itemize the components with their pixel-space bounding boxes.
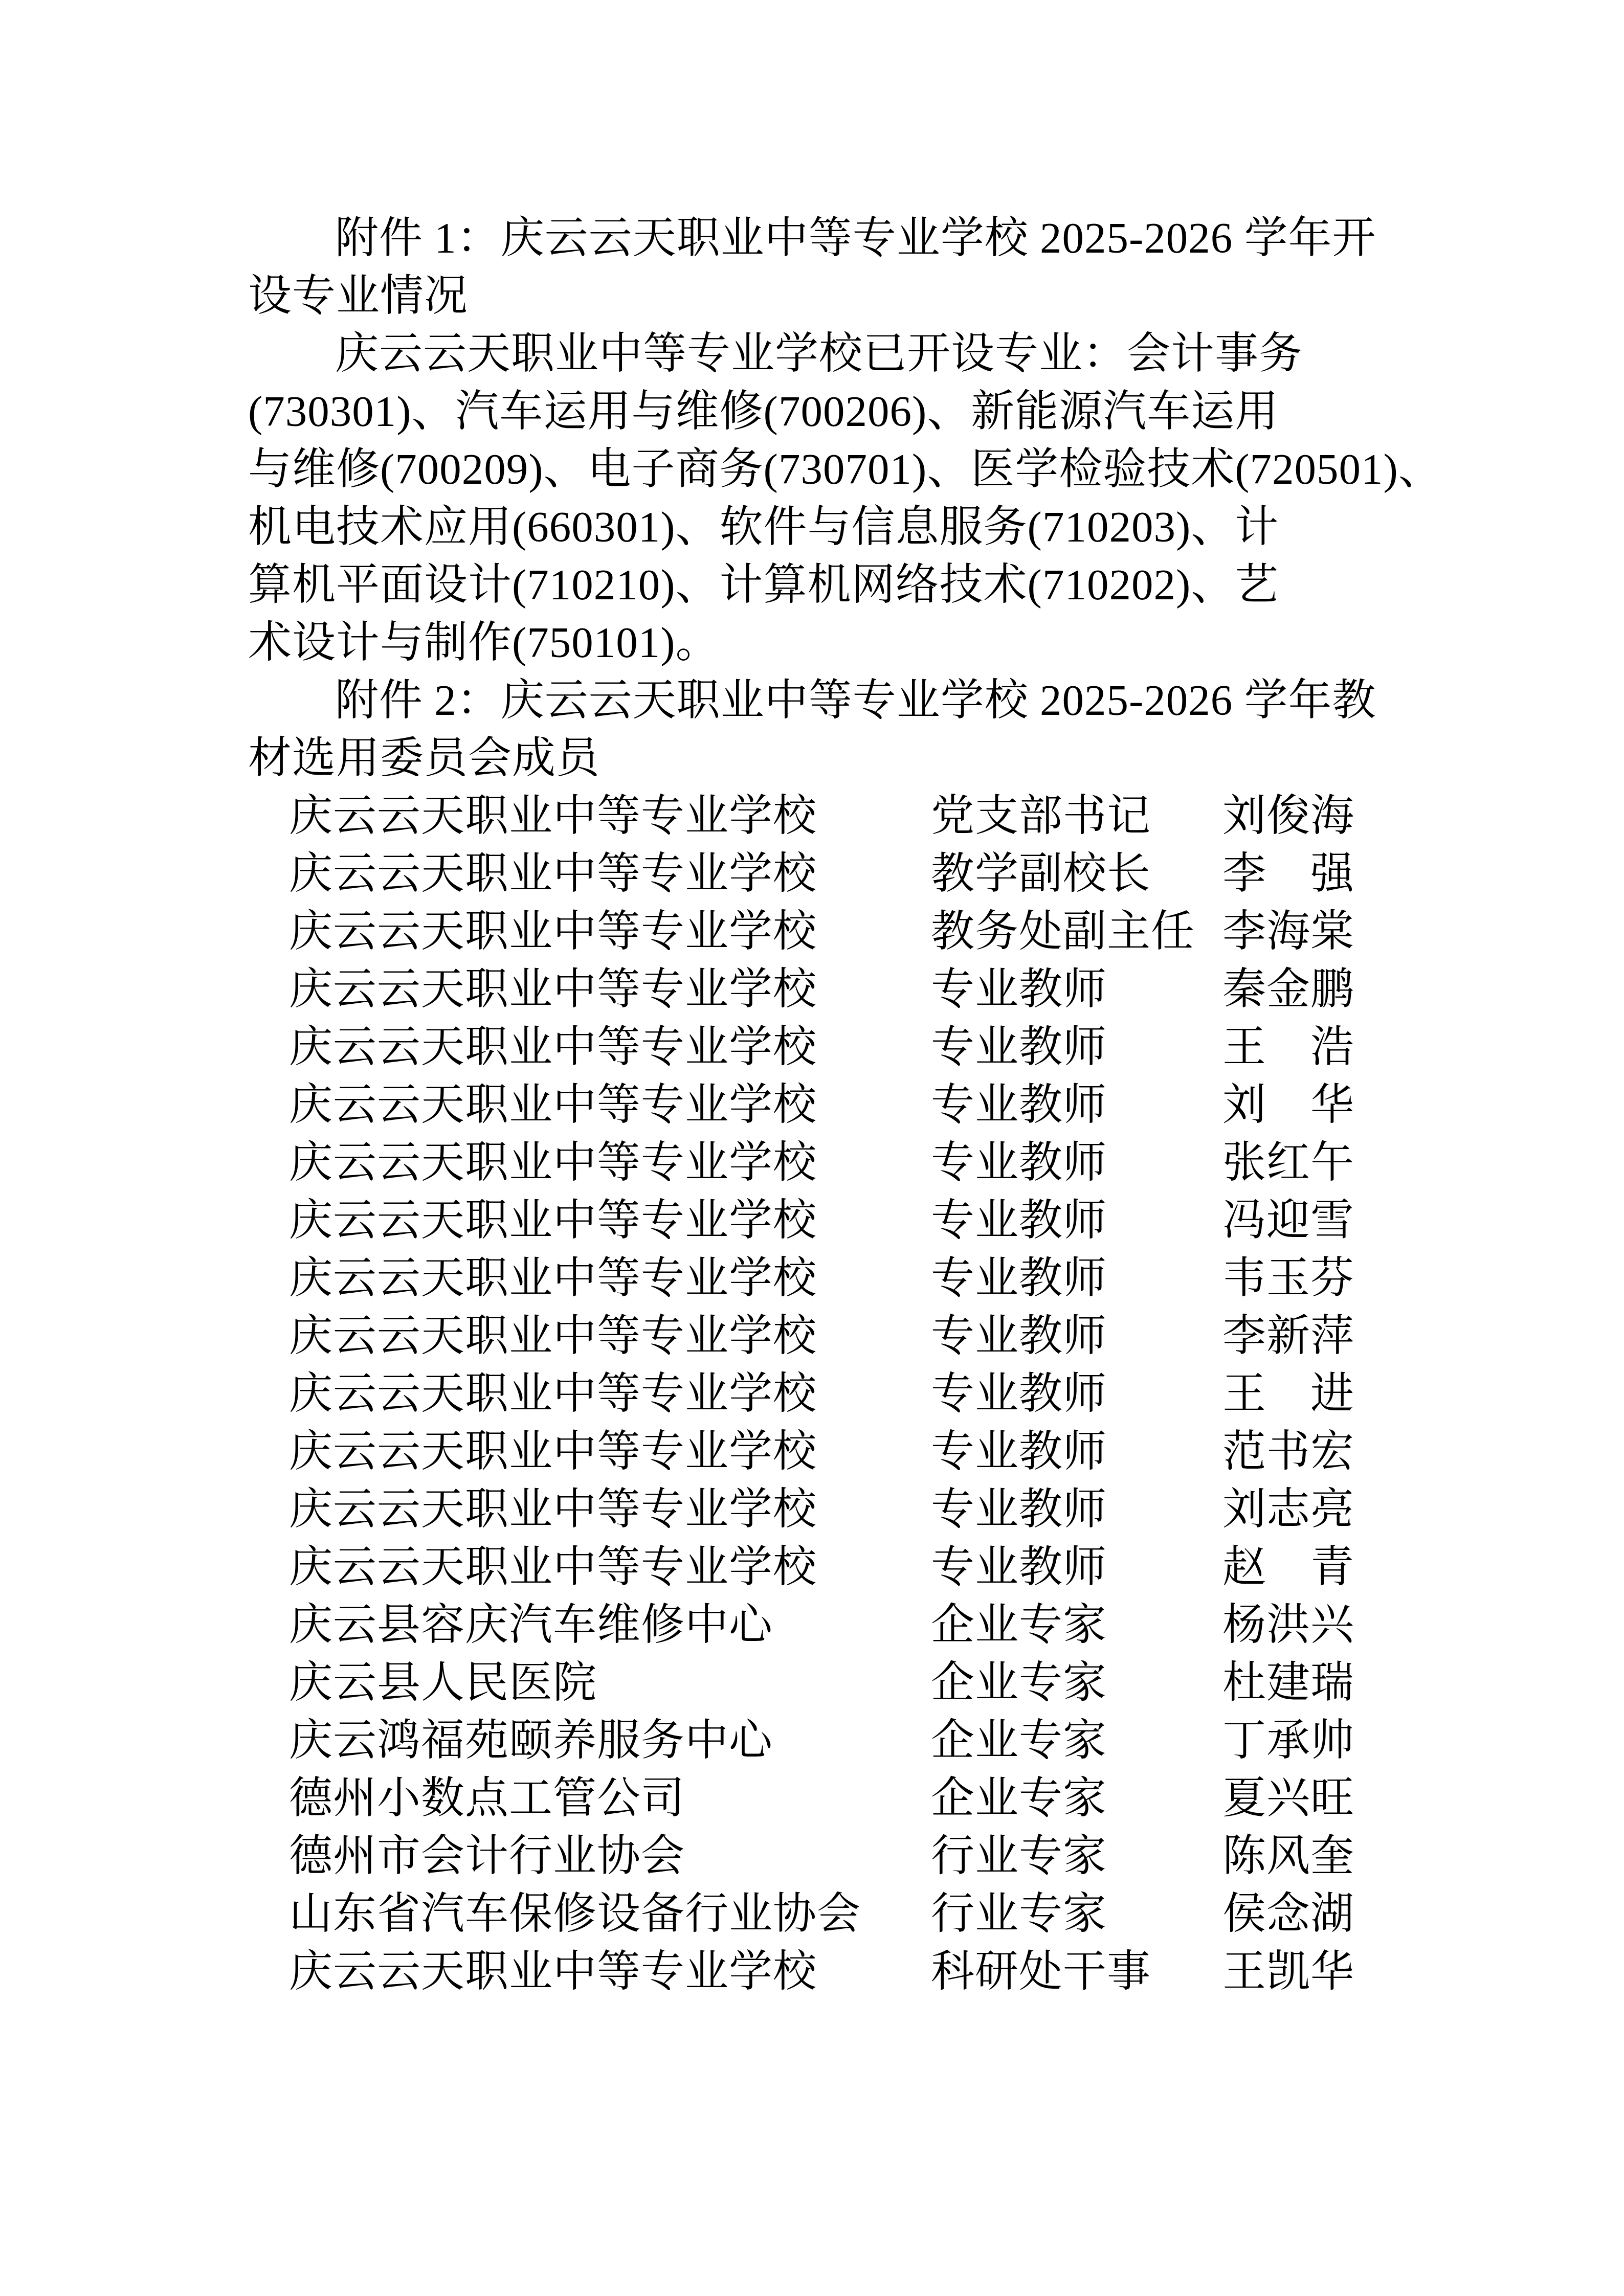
org-cell: 庆云云天职业中等专业学校 bbox=[289, 1308, 817, 1365]
name-cell: 张红午 bbox=[1222, 1134, 1354, 1192]
role-cell: 企业专家 bbox=[931, 1770, 1107, 1828]
role-cell: 专业教师 bbox=[931, 1076, 1107, 1134]
org-cell: 庆云云天职业中等专业学校 bbox=[289, 845, 817, 903]
role-cell: 行业专家 bbox=[931, 1885, 1107, 1943]
org-cell: 庆云云天职业中等专业学校 bbox=[289, 1076, 817, 1134]
role-cell: 专业教师 bbox=[931, 1423, 1107, 1481]
org-cell: 庆云鸿福苑颐养服务中心 bbox=[289, 1712, 773, 1770]
name-cell: 王凯华 bbox=[1222, 1943, 1354, 2001]
name-cell: 陈风奎 bbox=[1222, 1828, 1354, 1885]
role-cell: 行业专家 bbox=[931, 1828, 1107, 1885]
org-cell: 庆云云天职业中等专业学校 bbox=[289, 1943, 817, 2001]
name-cell: 刘 华 bbox=[1222, 1076, 1354, 1134]
name-cell: 杜建瑞 bbox=[1222, 1654, 1354, 1712]
role-cell: 科研处干事 bbox=[931, 1943, 1151, 2001]
majors-paragraph-line1: 庆云云天职业中等专业学校已开设专业：会计事务 bbox=[248, 325, 1378, 383]
name-cell: 韦玉芬 bbox=[1222, 1250, 1354, 1308]
committee-row: 庆云云天职业中等专业学校 专业教师 王 进 bbox=[248, 1365, 1378, 1423]
org-cell: 山东省汽车保修设备行业协会 bbox=[289, 1885, 861, 1943]
org-cell: 庆云云天职业中等专业学校 bbox=[289, 1539, 817, 1596]
org-cell: 德州小数点工管公司 bbox=[289, 1770, 685, 1828]
role-cell: 专业教师 bbox=[931, 1308, 1107, 1365]
name-cell: 赵 青 bbox=[1222, 1539, 1354, 1596]
committee-row: 庆云县人民医院 企业专家 杜建瑞 bbox=[248, 1654, 1378, 1712]
attachment1-heading-line2: 设专业情况 bbox=[248, 267, 1378, 325]
name-cell: 范书宏 bbox=[1222, 1423, 1354, 1481]
document-page: 附件 1：庆云云天职业中等专业学校 2025-2026 学年开 设专业情况 庆云… bbox=[0, 0, 1624, 2296]
role-cell: 教学副校长 bbox=[931, 845, 1151, 903]
majors-paragraph-line2: (730301)、汽车运用与维修(700206)、新能源汽车运用 bbox=[248, 383, 1378, 441]
committee-row: 庆云云天职业中等专业学校 科研处干事 王凯华 bbox=[248, 1943, 1378, 2001]
name-cell: 杨洪兴 bbox=[1222, 1596, 1354, 1654]
org-cell: 庆云云天职业中等专业学校 bbox=[289, 1250, 817, 1308]
majors-paragraph-line6: 术设计与制作(750101)。 bbox=[248, 614, 1378, 672]
role-cell: 专业教师 bbox=[931, 1019, 1107, 1076]
role-cell: 企业专家 bbox=[931, 1712, 1107, 1770]
org-cell: 庆云县容庆汽车维修中心 bbox=[289, 1596, 773, 1654]
org-cell: 庆云云天职业中等专业学校 bbox=[289, 961, 817, 1019]
committee-row: 庆云云天职业中等专业学校 教务处副主任 李海棠 bbox=[248, 903, 1378, 961]
role-cell: 专业教师 bbox=[931, 1365, 1107, 1423]
committee-row: 德州市会计行业协会 行业专家 陈风奎 bbox=[248, 1828, 1378, 1885]
name-cell: 刘俊海 bbox=[1222, 787, 1354, 845]
name-cell: 丁承帅 bbox=[1222, 1712, 1354, 1770]
committee-row: 庆云云天职业中等专业学校 专业教师 冯迎雪 bbox=[248, 1192, 1378, 1250]
committee-row: 庆云云天职业中等专业学校 专业教师 韦玉芬 bbox=[248, 1250, 1378, 1308]
document-content: 附件 1：庆云云天职业中等专业学校 2025-2026 学年开 设专业情况 庆云… bbox=[248, 210, 1378, 2001]
role-cell: 专业教师 bbox=[931, 1539, 1107, 1596]
role-cell: 专业教师 bbox=[931, 1250, 1107, 1308]
org-cell: 庆云云天职业中等专业学校 bbox=[289, 1365, 817, 1423]
org-cell: 庆云云天职业中等专业学校 bbox=[289, 903, 817, 961]
role-cell: 教务处副主任 bbox=[931, 903, 1195, 961]
name-cell: 李海棠 bbox=[1222, 903, 1354, 961]
role-cell: 企业专家 bbox=[931, 1654, 1107, 1712]
committee-row: 庆云云天职业中等专业学校 专业教师 王 浩 bbox=[248, 1019, 1378, 1076]
attachment1-heading-line1: 附件 1：庆云云天职业中等专业学校 2025-2026 学年开 bbox=[248, 210, 1378, 267]
majors-paragraph-line3: 与维修(700209)、电子商务(730701)、医学检验技术(720501)、 bbox=[248, 441, 1378, 499]
org-cell: 庆云云天职业中等专业学校 bbox=[289, 1134, 817, 1192]
committee-row: 庆云云天职业中等专业学校 专业教师 张红午 bbox=[248, 1134, 1378, 1192]
committee-row: 庆云云天职业中等专业学校 专业教师 刘志亮 bbox=[248, 1481, 1378, 1539]
role-cell: 专业教师 bbox=[931, 1481, 1107, 1539]
org-cell: 庆云云天职业中等专业学校 bbox=[289, 1192, 817, 1250]
org-cell: 庆云云天职业中等专业学校 bbox=[289, 1481, 817, 1539]
attachment2-heading-line2: 材选用委员会成员 bbox=[248, 730, 1378, 787]
role-cell: 专业教师 bbox=[931, 1192, 1107, 1250]
org-cell: 庆云云天职业中等专业学校 bbox=[289, 1019, 817, 1076]
name-cell: 王 进 bbox=[1222, 1365, 1354, 1423]
role-cell: 党支部书记 bbox=[931, 787, 1151, 845]
role-cell: 专业教师 bbox=[931, 1134, 1107, 1192]
committee-row: 庆云云天职业中等专业学校 专业教师 范书宏 bbox=[248, 1423, 1378, 1481]
committee-row: 庆云云天职业中等专业学校 专业教师 刘 华 bbox=[248, 1076, 1378, 1134]
name-cell: 王 浩 bbox=[1222, 1019, 1354, 1076]
org-cell: 庆云云天职业中等专业学校 bbox=[289, 787, 817, 845]
name-cell: 秦金鹏 bbox=[1222, 961, 1354, 1019]
committee-row: 庆云云天职业中等专业学校 专业教师 秦金鹏 bbox=[248, 961, 1378, 1019]
org-cell: 德州市会计行业协会 bbox=[289, 1828, 685, 1885]
name-cell: 李新萍 bbox=[1222, 1308, 1354, 1365]
name-cell: 冯迎雪 bbox=[1222, 1192, 1354, 1250]
committee-row: 庆云云天职业中等专业学校 专业教师 李新萍 bbox=[248, 1308, 1378, 1365]
committee-row: 庆云云天职业中等专业学校 教学副校长 李 强 bbox=[248, 845, 1378, 903]
role-cell: 企业专家 bbox=[931, 1596, 1107, 1654]
org-cell: 庆云云天职业中等专业学校 bbox=[289, 1423, 817, 1481]
committee-row: 山东省汽车保修设备行业协会 行业专家 侯念湖 bbox=[248, 1885, 1378, 1943]
committee-row: 庆云云天职业中等专业学校 党支部书记 刘俊海 bbox=[248, 787, 1378, 845]
name-cell: 刘志亮 bbox=[1222, 1481, 1354, 1539]
name-cell: 李 强 bbox=[1222, 845, 1354, 903]
committee-row: 德州小数点工管公司 企业专家 夏兴旺 bbox=[248, 1770, 1378, 1828]
name-cell: 夏兴旺 bbox=[1222, 1770, 1354, 1828]
committee-row: 庆云鸿福苑颐养服务中心 企业专家 丁承帅 bbox=[248, 1712, 1378, 1770]
role-cell: 专业教师 bbox=[931, 961, 1107, 1019]
majors-paragraph-line4: 机电技术应用(660301)、软件与信息服务(710203)、计 bbox=[248, 499, 1378, 556]
name-cell: 侯念湖 bbox=[1222, 1885, 1354, 1943]
committee-row: 庆云县容庆汽车维修中心 企业专家 杨洪兴 bbox=[248, 1596, 1378, 1654]
committee-row: 庆云云天职业中等专业学校 专业教师 赵 青 bbox=[248, 1539, 1378, 1596]
attachment2-heading-line1: 附件 2：庆云云天职业中等专业学校 2025-2026 学年教 bbox=[248, 672, 1378, 730]
majors-paragraph-line5: 算机平面设计(710210)、计算机网络技术(710202)、艺 bbox=[248, 556, 1378, 614]
org-cell: 庆云县人民医院 bbox=[289, 1654, 597, 1712]
